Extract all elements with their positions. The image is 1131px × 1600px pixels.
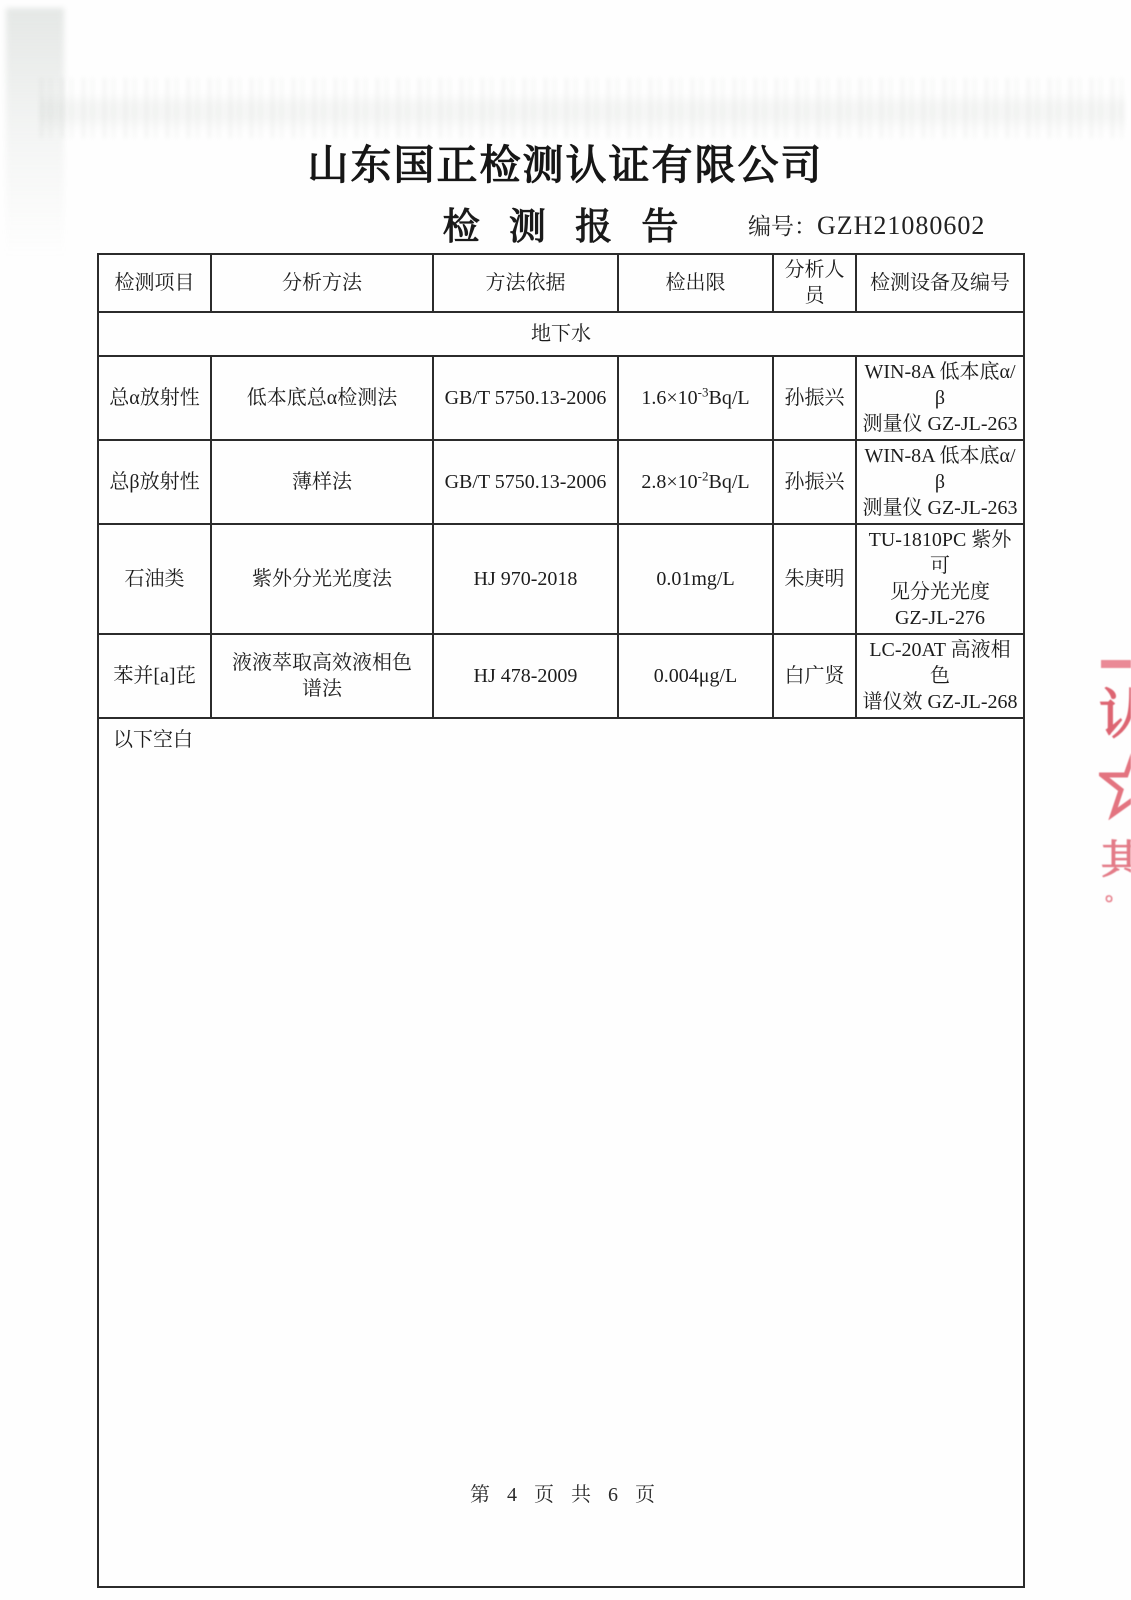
report-page: 山东国正检测认证有限公司 检 测 报 告 编号：GZH21080602 检测项目… [0, 0, 1131, 1600]
header-test-item: 检测项目 [98, 254, 211, 312]
table-row: 苯并[a]芘 液液萃取高效液相色 谱法 HJ 478-2009 0.004μg/… [98, 634, 1024, 718]
red-seal-fragment: 认 其 。 [1059, 652, 1131, 922]
cell-analyst: 孙振兴 [773, 356, 856, 440]
cell-method: 液液萃取高效液相色 谱法 [211, 634, 433, 718]
table-row: 总β放射性 薄样法 GB/T 5750.13-2006 2.8×10-2Bq/L… [98, 440, 1024, 524]
cell-method: 薄样法 [211, 440, 433, 524]
cell-analyst: 朱庚明 [773, 524, 856, 634]
section-row-groundwater: 地下水 [98, 312, 1024, 356]
test-report-table: 检测项目 分析方法 方法依据 检出限 分析人员 检测设备及编号 地下水 总α放射… [97, 253, 1025, 1588]
seal-character: 认 [1099, 672, 1131, 749]
cell-equipment: WIN-8A 低本底α/β 测量仪 GZ-JL-263 [856, 356, 1024, 440]
header-method-basis: 方法依据 [433, 254, 618, 312]
company-name: 山东国正检测认证有限公司 [0, 132, 1131, 191]
report-number-label: 编号： [748, 214, 817, 239]
header-detection-limit: 检出限 [618, 254, 773, 312]
cell-basis: GB/T 5750.13-2006 [433, 440, 618, 524]
report-title-row: 检 测 报 告 编号：GZH21080602 [0, 196, 1131, 246]
cell-limit: 0.004μg/L [618, 634, 773, 718]
report-number: 编号：GZH21080602 [748, 208, 985, 241]
header-analyst: 分析人员 [773, 254, 856, 312]
cell-analyst: 孙振兴 [773, 440, 856, 524]
cell-method: 紫外分光光度法 [211, 524, 433, 634]
cell-basis: HJ 970-2018 [433, 524, 618, 634]
table-row: 总α放射性 低本底总α检测法 GB/T 5750.13-2006 1.6×10-… [98, 356, 1024, 440]
cell-item: 总β放射性 [98, 440, 211, 524]
cell-item: 苯并[a]芘 [98, 634, 211, 718]
cell-limit: 2.8×10-2Bq/L [618, 440, 773, 524]
header-equipment: 检测设备及编号 [856, 254, 1024, 312]
cell-analyst: 白广贤 [773, 634, 856, 718]
seal-character: 。 [1105, 876, 1127, 907]
report-number-value: GZH21080602 [817, 211, 985, 240]
cell-basis: HJ 478-2009 [433, 634, 618, 718]
cell-limit: 1.6×10-3Bq/L [618, 356, 773, 440]
cell-item: 石油类 [98, 524, 211, 634]
cell-equipment: WIN-8A 低本底α/β 测量仪 GZ-JL-263 [856, 440, 1024, 524]
table-header-row: 检测项目 分析方法 方法依据 检出限 分析人员 检测设备及编号 [98, 254, 1024, 312]
cell-limit: 0.01mg/L [618, 524, 773, 634]
section-label: 地下水 [98, 312, 1024, 356]
cell-equipment: LC-20AT 高液相色 谱仪效 GZ-JL-268 [856, 634, 1024, 718]
star-icon [1099, 750, 1131, 820]
scan-bleed-artifact [40, 78, 1125, 138]
cell-equipment: TU-1810PC 紫外可 见分光光度 GZ-JL-276 [856, 524, 1024, 634]
cell-method: 低本底总α检测法 [211, 356, 433, 440]
cell-basis: GB/T 5750.13-2006 [433, 356, 618, 440]
header-analysis-method: 分析方法 [211, 254, 433, 312]
blank-note: 以下空白 [98, 718, 1024, 1587]
table-row: 石油类 紫外分光光度法 HJ 970-2018 0.01mg/L 朱庚明 TU-… [98, 524, 1024, 634]
seal-stroke-bar [1101, 660, 1131, 668]
cell-item: 总α放射性 [98, 356, 211, 440]
page-number: 第 4 页 共 6 页 [0, 1478, 1131, 1507]
blank-area-row: 以下空白 [98, 718, 1024, 1587]
